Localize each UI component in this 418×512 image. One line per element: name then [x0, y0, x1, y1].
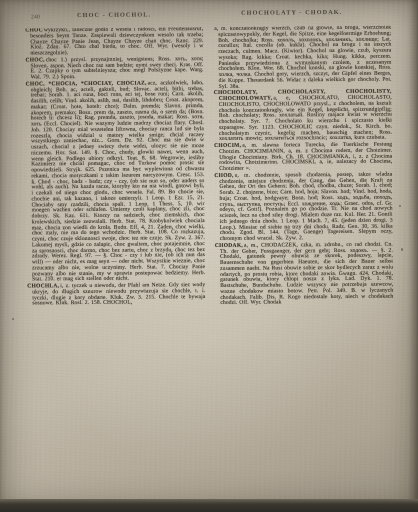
- running-head-left: CHOC - CHOCHOL.: [77, 11, 151, 19]
- scan-bottom-edge: [0, 499, 418, 512]
- entry-text: wykrzykn., taneczne godlo z wesela i rad…: [30, 26, 203, 56]
- ink-speck: [399, 205, 401, 207]
- page-header: 240 CHOC - CHOCHOL. CHOCHOLATY - CHODAK.: [25, 9, 391, 24]
- ink-speck: [12, 318, 14, 320]
- entry-chod: CHOD,u, m. chodzenie, sposob chodzenia, …: [214, 172, 393, 242]
- scanned-dictionary-page: 240 CHOC - CHOCHOL. CHOCHOLATY - CHODAK.…: [0, 0, 418, 512]
- entry-choc-interjection: CHOCwykrzykn., taneczne godlo z wesela i…: [25, 27, 203, 57]
- entry-text: choc 1.) przysl. przynajmniej, wenigsten…: [30, 56, 203, 81]
- ink-speck: [401, 248, 403, 251]
- entry-chodak: CHODAK,a, m., CHODACZEK, czka, m. zdrobn…: [215, 242, 393, 307]
- entry-text: u, m. chodzenie, sposob chodzenia, poste…: [219, 171, 392, 242]
- entry-text: a, e, CHOCHOLATO, CHOCHOLASTO, CHOCHOLIS…: [219, 95, 392, 143]
- scan-edge-shadow: [408, 0, 418, 512]
- entry-chocim: CHOCIM,a, m. slawna forteca Turecka, die…: [214, 143, 392, 173]
- entry-text: a, m., CHODACZEK, czka, m. zdrobn., co r…: [220, 241, 393, 306]
- entry-text: acz, aczkolwiek, lubo, obgleich; Boh. ac…: [31, 80, 205, 283]
- entry-chocholaty: CHOCHOLATY, CHOCHOLASTY, CHOCHOLISTY, CH…: [214, 90, 392, 143]
- page-content: 240 CHOC - CHOCHOL. CHOCHOLATY - CHODAK.…: [25, 9, 395, 507]
- entry-chochla: CHOCHLA,i, z. tyczek u niewodu, der Pfah…: [27, 283, 205, 307]
- right-column: a, m. konczatookragly wierzch, czub na g…: [213, 26, 395, 505]
- text-columns: CHOCwykrzykn., taneczne godlo z wesela i…: [25, 26, 395, 507]
- running-head-right: CHOCHOLATY - CHODAK.: [241, 9, 342, 17]
- entry-chochol-continuation: a, m. konczatookragly wierzch, czub na g…: [213, 26, 391, 91]
- page-number: 240: [31, 14, 40, 20]
- entry-text: a, m. slawna forteca Turecka, die Tuerki…: [219, 142, 392, 172]
- entry-chocia-conjunction: CHOC, *CHOCIA, *CHOCIAY, CHOCIAZ,acz, ac…: [26, 81, 206, 284]
- entry-text: a, m. konczatookragly wierzch, czub na g…: [214, 26, 391, 90]
- entry-choc-adverb: CHOC,choc 1.) przysl. przynajmniej, weni…: [25, 57, 203, 81]
- left-column: CHOCwykrzykn., taneczne godlo z wesela i…: [25, 27, 207, 506]
